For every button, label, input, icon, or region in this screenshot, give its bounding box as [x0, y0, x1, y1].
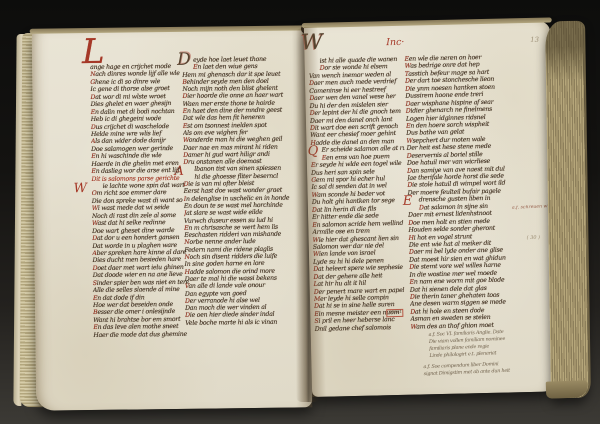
rubricated-capital: T — [405, 71, 409, 78]
rubricated-capital: D — [310, 110, 315, 117]
right-page-column-2: Een wle die neren on hoerWas bedrige onr… — [404, 53, 522, 335]
rubricated-capital: N — [90, 71, 95, 78]
rubricated-capital: D — [183, 159, 188, 166]
margin-mark: ( 30 ) — [527, 235, 541, 241]
rubricated-capital: D — [91, 123, 96, 130]
rubricated-capital: D — [309, 80, 314, 87]
rubricated-capital: E — [184, 225, 188, 232]
right-col1-cadel-initial: W — [301, 30, 323, 54]
rubricated-capital: O — [92, 190, 97, 197]
rubricated-capital: E — [312, 221, 316, 228]
rubricated-capital: S — [314, 318, 318, 325]
rubricated-capital: M — [314, 296, 320, 303]
rubricated-capital: D — [409, 249, 414, 256]
rubricated-capital: D — [92, 235, 97, 242]
rubricated-capital: A — [92, 250, 96, 257]
rubricated-capital: E — [183, 122, 187, 129]
rubricated-capital: H — [185, 268, 190, 275]
later-hand-annotation-1: a.f. Soc VI. familiaris Anglie. DateDie … — [429, 329, 506, 360]
rubricated-capital: G — [90, 79, 95, 86]
rubricated-capital: D — [90, 94, 95, 101]
rubricated-capital: W — [92, 220, 98, 227]
rubricated-capital: D — [313, 273, 318, 280]
rubricated-capital: N — [184, 254, 189, 261]
left-col1-flourished-initial: L — [82, 37, 105, 67]
rubricated-capital: W — [92, 205, 98, 212]
rubricated-capital: I — [184, 195, 186, 202]
rubricated-capital: L — [314, 281, 318, 288]
rubricated-capital: D — [405, 100, 410, 107]
right-page: Inc· 13 W Q E ist hi alle quade die wane… — [304, 21, 558, 396]
rubricated-capital: G — [311, 177, 316, 184]
rubricated-capital: D — [320, 65, 325, 72]
right-page-column-1: ist hi alle quade die wanenDor sie wonde… — [309, 56, 409, 338]
rubricated-capital: D — [314, 288, 319, 295]
rubricated-capital: D — [310, 125, 315, 132]
rubricated-capital: E — [91, 153, 95, 160]
rubricated-capital: D — [408, 219, 413, 226]
rubricated-capital: D — [419, 204, 424, 211]
rubricated-capital: A — [91, 138, 95, 145]
left-col1-stanza-initial: W — [74, 181, 88, 196]
manuscript-book: L W D A ange hage en crijchet modeNach d… — [0, 0, 600, 424]
rubricated-capital: E — [406, 123, 410, 130]
rubricated-capital: W — [312, 192, 318, 199]
rubricated-capital: W — [313, 251, 319, 258]
rubricated-capital: D — [313, 266, 318, 273]
text-line: Haer die mode dat dus ghemine — [93, 331, 189, 340]
rubricated-capital: D — [409, 264, 414, 271]
rubricated-capital: B — [93, 309, 97, 316]
rubricated-capital: D — [407, 152, 412, 159]
rubricated-capital: D — [184, 181, 189, 188]
rubricated-capital: D — [406, 108, 411, 115]
rubricated-capital: S — [93, 280, 97, 287]
left-page: L W D A ange hage en crijchet modeNach d… — [32, 29, 313, 410]
rubricated-capital: W — [406, 137, 412, 144]
text-line: Vele boche marte hi als ic vinan — [185, 318, 305, 327]
left-page-column-1: ange hage en crijchet modeNach dinres wo… — [90, 63, 189, 344]
rubricated-capital: D — [309, 95, 314, 102]
text-line: Alle die selles slaende al mine — [93, 286, 189, 295]
rubricated-capital: B — [182, 79, 186, 86]
rubricated-capital: D — [407, 167, 412, 174]
rubricated-capital: D — [410, 308, 415, 315]
rubricated-capital: E — [91, 109, 95, 116]
rubricated-capital: E — [410, 279, 414, 286]
rubricated-capital: E — [314, 311, 318, 318]
rubricated-capital: E — [193, 64, 197, 71]
rubricated-capital: D — [185, 312, 190, 319]
rubricated-capital: W — [405, 63, 411, 70]
rubricated-capital: D — [185, 298, 190, 305]
rubricated-capital: E — [91, 168, 95, 175]
rubricated-capital: W — [313, 236, 319, 243]
left-page-column-2: eyde hoe laet leuet thoneEn laet den wiu… — [182, 55, 305, 332]
rubricated-capital: H — [409, 234, 414, 241]
page-edge-stack-right — [545, 21, 589, 399]
photo-background: L W D A ange hage en crijchet modeNach d… — [0, 0, 600, 424]
rubricated-capital: N — [184, 239, 189, 246]
rubricated-capital: W — [183, 137, 189, 144]
rubricated-capital: E — [183, 108, 187, 115]
rubricated-capital: D — [312, 207, 317, 214]
rubricated-capital: E — [404, 56, 408, 63]
rubricated-capital: D — [93, 265, 98, 272]
rubricated-capital: J — [184, 210, 186, 217]
red-boxed-gloss: naest — [386, 309, 403, 317]
rubricated-capital: W — [411, 323, 417, 330]
rubricated-capital: H — [310, 140, 315, 147]
rubricated-capital: E — [93, 294, 97, 301]
rubricated-capital: D — [405, 78, 410, 85]
rubricated-capital: D — [410, 294, 415, 301]
rubricated-capital: E — [93, 324, 97, 331]
text-line: Dnil gedane chef salomois — [315, 323, 409, 333]
right-col1-stanza-initial: Q — [307, 144, 318, 159]
folio-number: 13 — [530, 36, 539, 44]
rubricated-capital: D — [183, 152, 188, 159]
rubricated-capital: D — [182, 93, 187, 100]
running-title: Inc· — [386, 37, 404, 48]
text-line: Wam des an thof ghion moet — [411, 321, 523, 331]
rubricated-capital: D — [405, 85, 410, 92]
rubricated-capital: V — [185, 283, 189, 290]
rubricated-capital: E — [322, 154, 326, 161]
rubricated-capital: E — [311, 162, 315, 169]
rubricated-capital: D — [314, 303, 319, 310]
later-hand-annotation-2: a.f. Soe compendum liber Dominisignat Di… — [423, 361, 510, 378]
rubricated-capital: D — [407, 182, 412, 189]
